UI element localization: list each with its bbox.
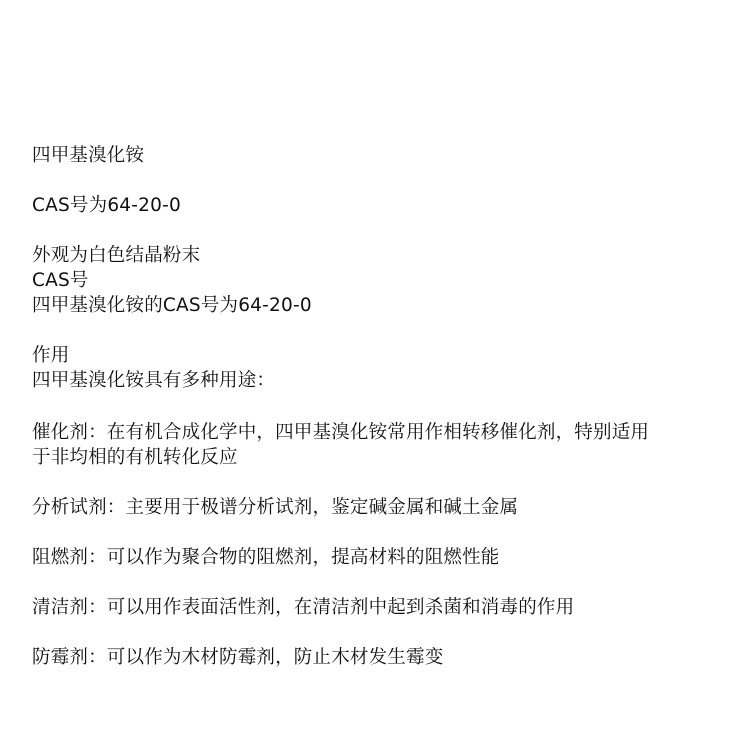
document-title: 四甲基溴化铵 bbox=[32, 143, 144, 168]
use-antifungal: 防霉剂：可以作为木材防霉剂，防止木材发生霉变 bbox=[32, 645, 443, 670]
cas-detail: 四甲基溴化铵的CAS号为64-20-0 bbox=[32, 293, 312, 318]
use-catalyst-line2: 于非均相的有机转化反应 bbox=[32, 445, 238, 470]
appearance-text: 外观为白色结晶粉末 bbox=[32, 243, 200, 268]
uses-intro: 四甲基溴化铵具有多种用途： bbox=[32, 368, 275, 393]
cas-summary: CAS号为64-20-0 bbox=[32, 193, 181, 218]
cas-heading: CAS号 bbox=[32, 268, 89, 293]
use-flame-retardant: 阻燃剂：可以作为聚合物的阻燃剂，提高材料的阻燃性能 bbox=[32, 545, 500, 570]
use-analytical-reagent: 分析试剂：主要用于极谱分析试剂，鉴定碱金属和碱土金属 bbox=[32, 495, 518, 520]
uses-heading: 作用 bbox=[32, 343, 69, 368]
use-catalyst-line1: 催化剂：在有机合成化学中，四甲基溴化铵常用作相转移催化剂，特别适用 bbox=[32, 420, 649, 445]
use-cleaning-agent: 清洁剂：可以用作表面活性剂，在清洁剂中起到杀菌和消毒的作用 bbox=[32, 595, 574, 620]
